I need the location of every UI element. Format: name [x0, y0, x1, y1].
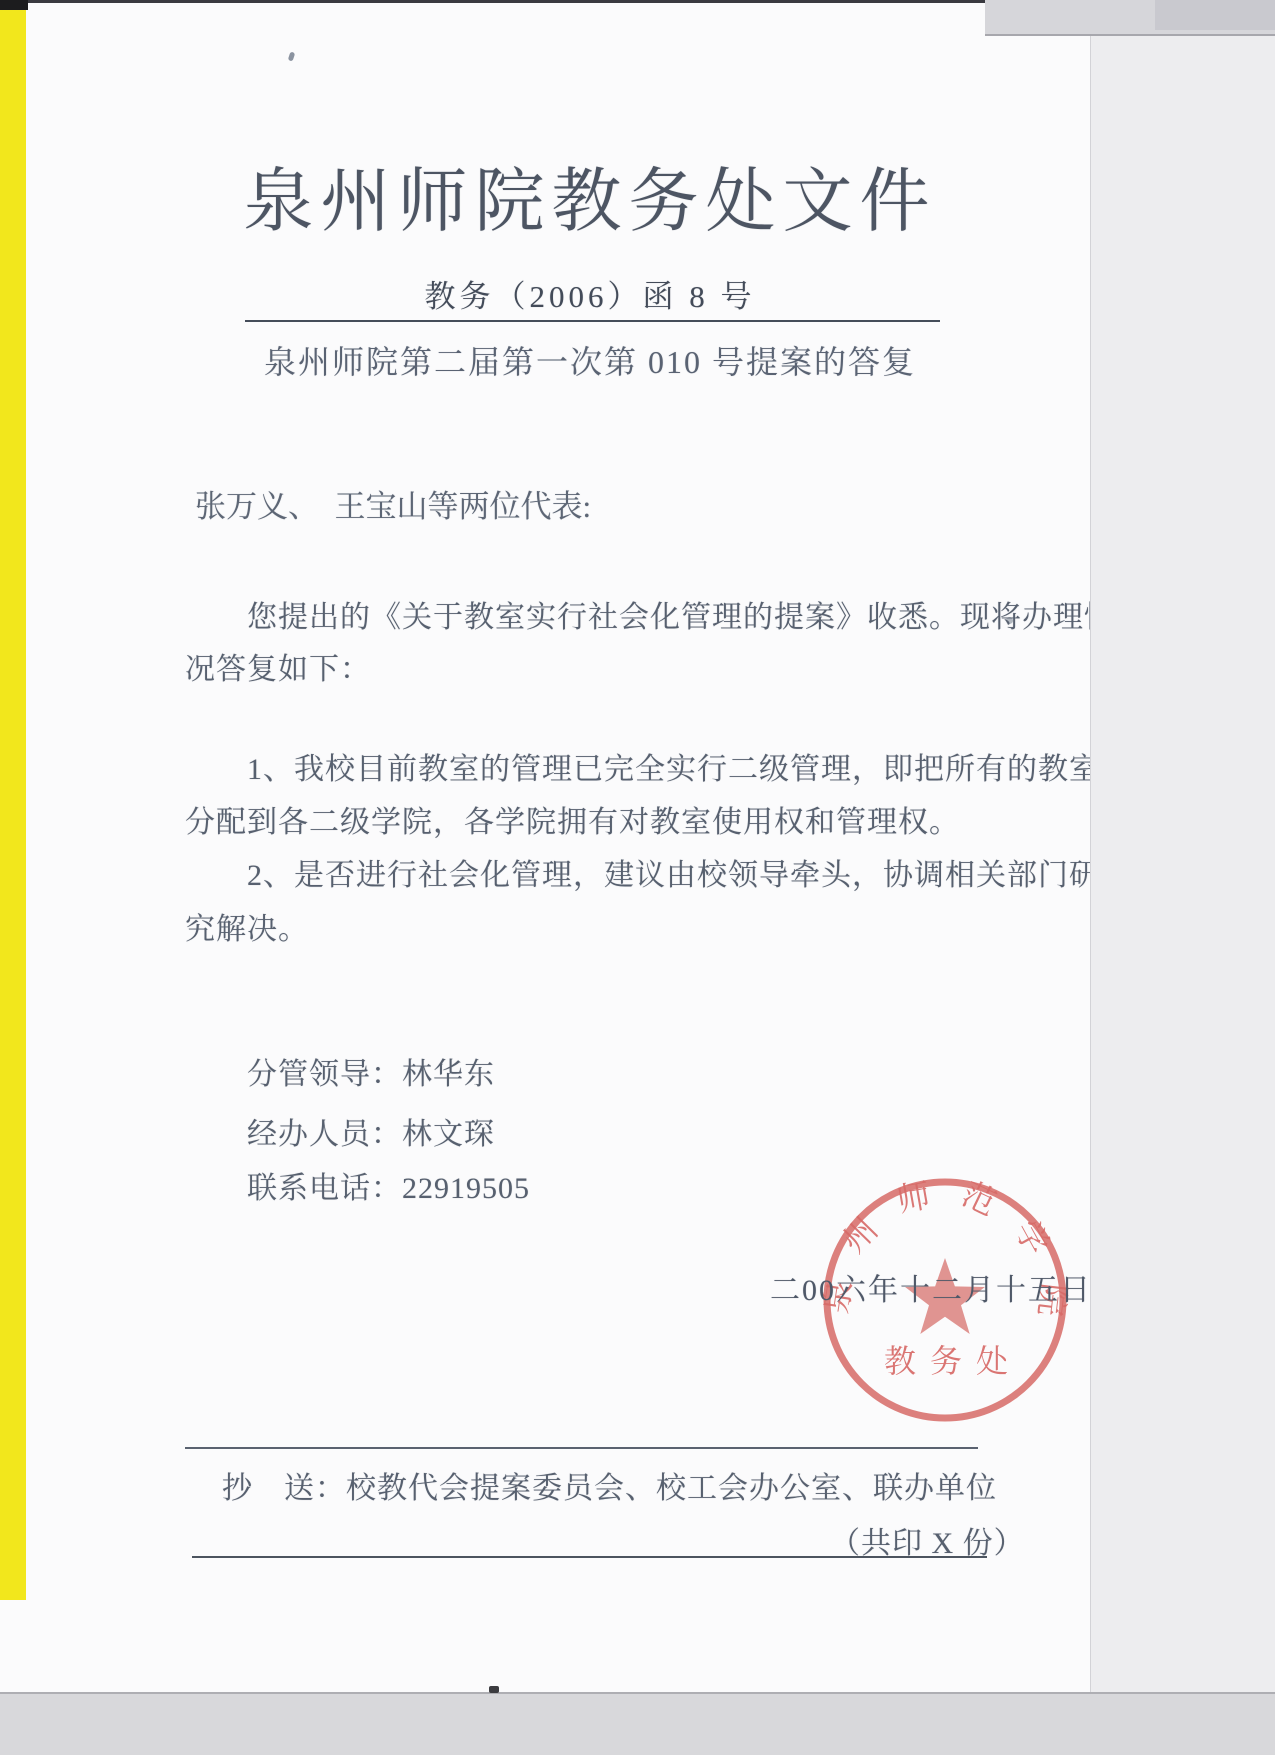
contact-phone: 联系电话：22919505: [247, 1172, 530, 1207]
yellow-tape-strip: [0, 8, 26, 1600]
contact-handler: 经办人员：林文琛: [247, 1118, 495, 1153]
body-intro-line-1: 您提出的《关于教室实行社会化管理的提案》收悉。现将办理情: [247, 601, 1115, 636]
cc-line: 抄 送：校教代会提案委员会、校工会办公室、联办单位: [222, 1472, 997, 1507]
salutation: 张万义、 王宝山等两位代表:: [195, 489, 591, 525]
letterhead-rule: [245, 320, 940, 322]
document-title: 泉州师院教务处文件: [90, 168, 1090, 238]
scanner-corner-top-right-dark: [1155, 0, 1275, 30]
tape-strip-tip: [0, 0, 28, 10]
seal-department-text: 教务处: [884, 1343, 1022, 1379]
dust-speck: [489, 1686, 499, 1693]
document-number: 教务（2006）函 8 号: [90, 279, 1090, 315]
scanned-document-page: 泉州师院教务处文件 教务（2006）函 8 号 泉州师院第二届第一次第 010 …: [0, 0, 1275, 1755]
body-intro-line-2: 况答复如下：: [185, 653, 371, 688]
body-item2-line-1: 2、是否进行社会化管理，建议由校领导牵头，协调相关部门研: [247, 859, 1100, 894]
subject-heading: 泉州师院第二届第一次第 010 号提案的答复: [95, 344, 1085, 381]
footer-rule-top: [185, 1447, 978, 1449]
body-item1-line-2: 分配到各二级学院，各学院拥有对教室使用权和管理权。: [185, 806, 960, 841]
seal-arc-text: 泉州师范学院: [818, 1173, 1072, 1344]
contact-leader: 分管领导：林华东: [247, 1058, 495, 1093]
scan-top-edge-line: [22, 0, 994, 3]
footer-rule-bottom: [192, 1556, 987, 1558]
svg-text:泉州师范学院: 泉州师范学院: [818, 1173, 1072, 1344]
scanner-bottom-band: [0, 1692, 1275, 1755]
body-item2-line-2: 究解决。: [185, 913, 309, 948]
date-line: 二00六年十二月十五日: [770, 1274, 1092, 1309]
page-right-edge-band: [1090, 0, 1275, 1692]
dust-speck: [288, 51, 296, 61]
body-item1-line-1: 1、我校目前教室的管理已完全实行二级管理，即把所有的教室: [247, 753, 1100, 788]
